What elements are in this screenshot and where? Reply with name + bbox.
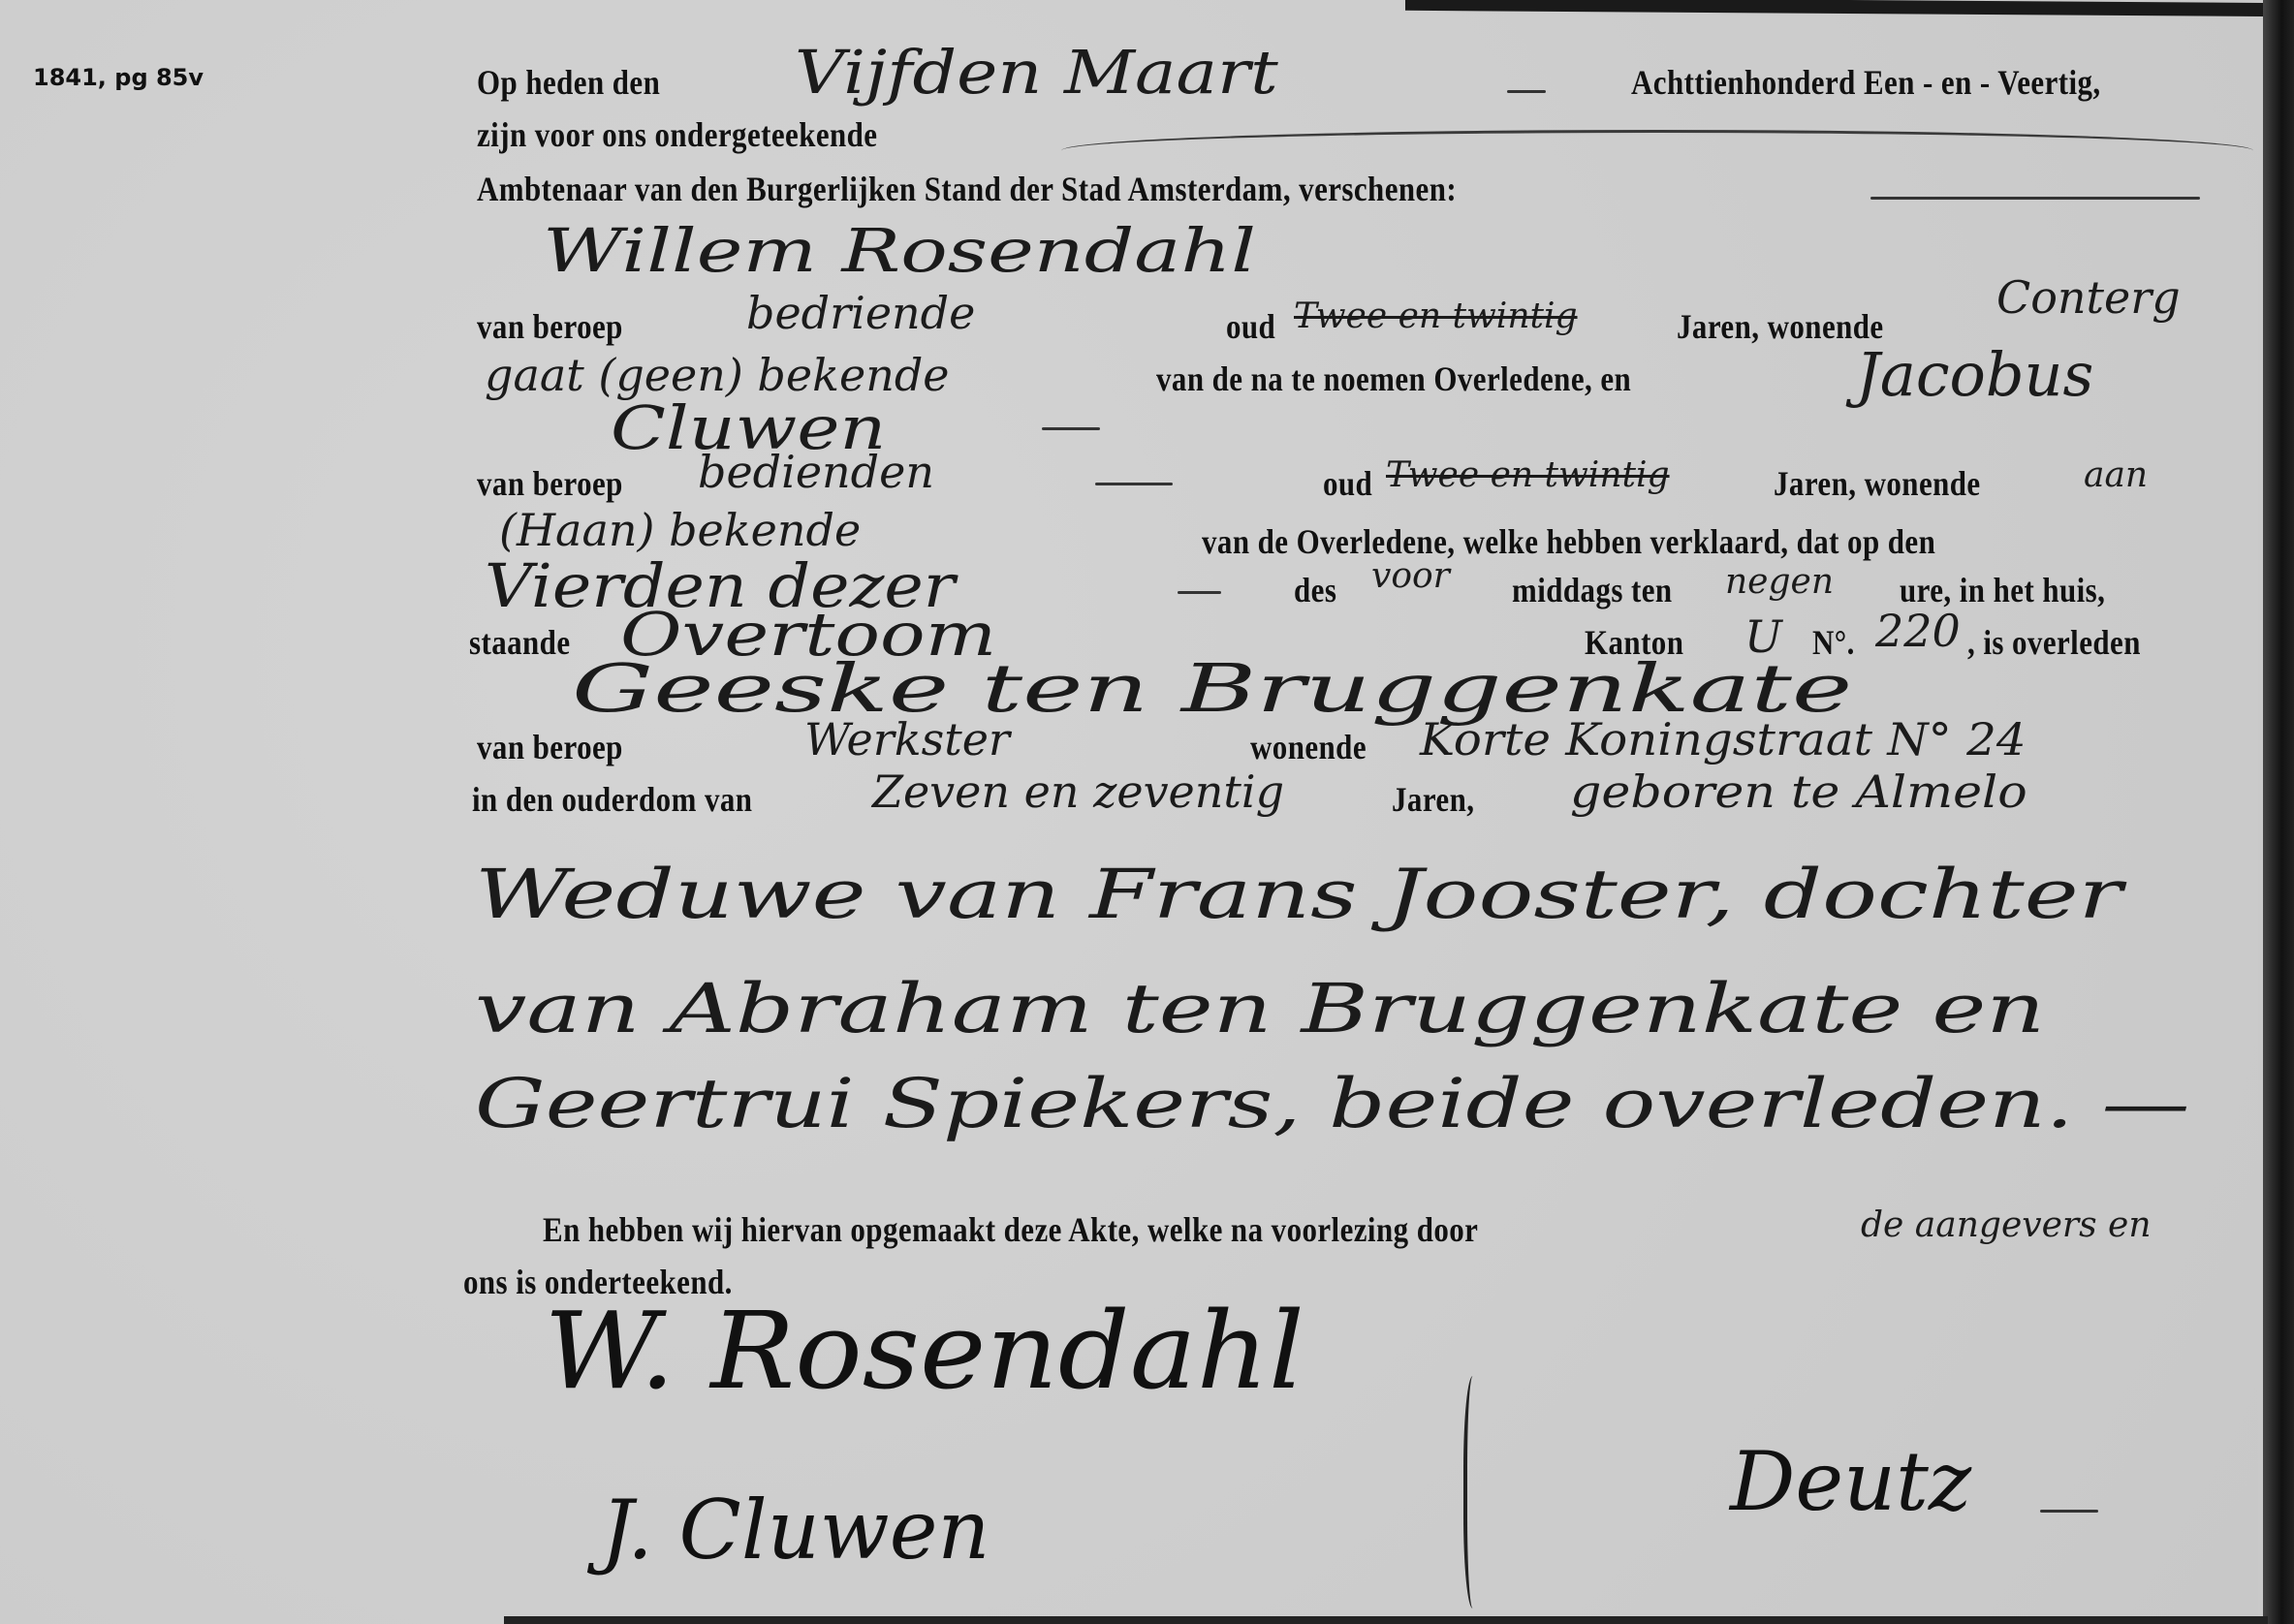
signature-witness2: J. Cluwen — [601, 1483, 990, 1577]
handwritten-witness1-age: Twee en twintig — [1294, 297, 1578, 336]
scan-right-edge — [2263, 0, 2294, 1624]
dash — [1507, 90, 1546, 93]
scan-top-edge — [1405, 0, 2294, 16]
filler-line — [1870, 197, 2200, 200]
handwritten-birthplace: geboren te Almelo — [1570, 765, 2027, 818]
handwritten-house-number: 220 — [1875, 605, 1961, 657]
form-van-beroep-2: van beroep — [477, 463, 623, 504]
scan-bottom-edge — [504, 1616, 2268, 1624]
document-page: 1841, pg 85v Op heden den Vijfden Maart … — [0, 0, 2258, 1624]
dash — [2040, 1510, 2098, 1513]
handwritten-read-by: de aangevers en — [1861, 1205, 2152, 1245]
handwritten-witness1-residence: Conterg — [1996, 271, 2181, 324]
handwritten-witness2-relation: (Haan) bekende — [499, 504, 861, 556]
form-staande: staande — [469, 622, 571, 663]
form-oud: oud — [1226, 306, 1275, 347]
handwritten-remark-line1: Weduwe van Frans Jooster, dochter — [475, 855, 2122, 934]
form-jaren-wonende-2: Jaren, wonende — [1774, 463, 1981, 504]
handwritten-hour: negen — [1725, 562, 1834, 602]
handwritten-witness1-occupation: bedriende — [746, 287, 975, 339]
form-jaren: Jaren, — [1392, 779, 1474, 820]
form-oud-2: oud — [1323, 463, 1372, 504]
form-jaren-wonende: Jaren, wonende — [1677, 306, 1884, 347]
handwritten-date: Vijfden Maart — [795, 37, 1278, 108]
register-reference-label: 1841, pg 85v — [33, 64, 204, 91]
form-van-de-overledene: van de Overledene, welke hebben verklaar… — [1202, 521, 1935, 562]
handwritten-deceased-residence: Korte Koningstraat N° 24 — [1420, 713, 2027, 765]
handwritten-deceased-occupation: Werkster — [804, 713, 1010, 765]
dash — [1178, 591, 1221, 594]
handwritten-remark-line2: van Abraham ten Bruggenkate en — [475, 969, 2045, 1048]
form-wonende: wonende — [1250, 727, 1367, 767]
brace-mark — [1463, 1376, 1487, 1608]
handwritten-part-of-day: voor — [1371, 556, 1450, 596]
form-in-den-ouderdom: in den ouderdom van — [472, 779, 752, 820]
dash — [1095, 483, 1173, 485]
form-closing-line1: En hebben wij hiervan opgemaakt deze Akt… — [543, 1209, 1478, 1250]
form-des: des — [1294, 570, 1336, 610]
form-van-beroep: van beroep — [477, 306, 623, 347]
signature-witness1: W. Rosendahl — [544, 1289, 1304, 1413]
handwritten-witness2-first-name: Jacobus — [1856, 339, 2093, 410]
form-ambtenaar: Ambtenaar van den Burgerlijken Stand der… — [477, 169, 1457, 209]
form-van-beroep-3: van beroep — [477, 727, 623, 767]
form-is-overleden: , is overleden — [1967, 622, 2141, 663]
form-op-heden-den: Op heden den — [477, 62, 660, 103]
handwritten-witness2-occupation: bedienden — [698, 446, 934, 498]
handwritten-witness2-residence: aan — [2084, 455, 2148, 495]
form-middags-ten: middags ten — [1512, 570, 1673, 610]
signature-official: Deutz — [1730, 1434, 1971, 1529]
handwritten-witness1-name: Willem Rosendahl — [543, 215, 1256, 286]
form-van-de-na-te-noemen: van de na te noemen Overledene, en — [1156, 359, 1631, 399]
form-zijn-voor-ons: zijn voor ons ondergeteekende — [477, 114, 877, 155]
form-year-text: Achttienhonderd Een - en - Veertig, — [1631, 62, 2101, 103]
handwritten-deceased-age: Zeven en zeventig — [872, 765, 1284, 818]
dash — [1042, 427, 1100, 430]
filler-line — [1061, 130, 2253, 172]
handwritten-witness2-age: Twee en twintig — [1386, 455, 1670, 495]
handwritten-remark-line3: Geertrui Spiekers, beide overleden. — — [475, 1064, 2190, 1143]
